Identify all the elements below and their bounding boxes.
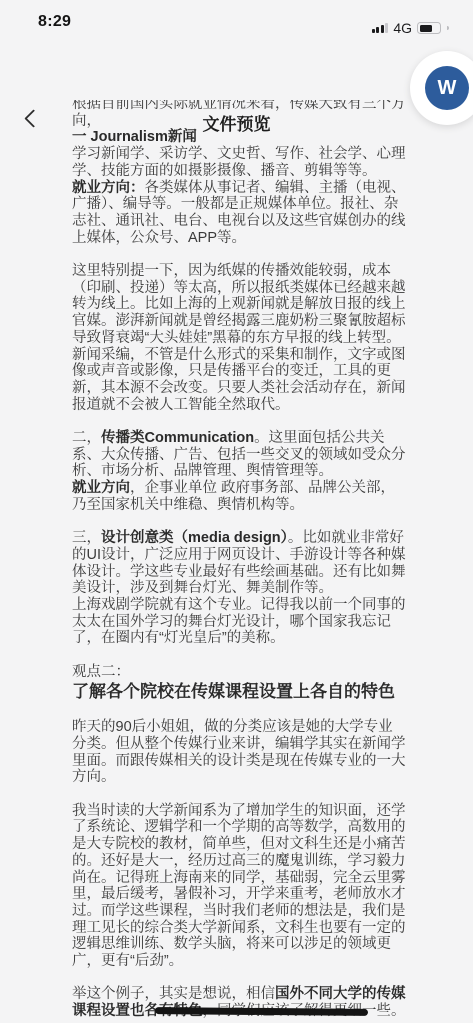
battery-fill: [420, 25, 432, 32]
document-body[interactable]: 根据目前国内实际就业情况来看，传媒大致有三个方向，一 Journalism新闻学…: [0, 0, 473, 1020]
paragraph: 昨天的90后小姐姐，做的分类应该是她的大学专业分类。但从整个传媒行业来讲，编辑学…: [72, 719, 407, 786]
text-run: 了解各个院校在传媒课程设置上各自的特色: [72, 682, 395, 701]
status-bar: 8:29 4G: [0, 0, 473, 44]
paragraph: 学习新闻学、采访学、文史哲、写作、社会学、心理学、技能方面的如摄影摄像、播音、剪…: [72, 146, 407, 179]
battery-tip: [447, 26, 449, 30]
status-time: 8:29: [38, 13, 71, 31]
status-right-cluster: 4G: [372, 20, 449, 36]
text-run: 这里特别提一下，因为纸媒的传播效能较弱，成本（印刷、投递）等太高，所以报纸类媒体…: [72, 263, 406, 413]
text-run: 三，: [72, 530, 101, 546]
paragraph: 上海戏剧学院就有这个专业。记得我以前一个同事的太太在国外学习的舞台灯光设计，哪个…: [72, 597, 407, 647]
text-run: 学习新闻学、采访学、文史哲、写作、社会学、心理学、技能方面的如摄影摄像、播音、剪…: [72, 146, 406, 179]
paragraph: 就业方向：各类媒体从事记者、编辑、主播（电视、广播）、编导等。一般都是正规媒体单…: [72, 180, 407, 247]
top-chrome: 8:29 4G 文件预览: [0, 0, 473, 100]
text-run: 就业方向：: [72, 180, 145, 196]
heading: 了解各个院校在传媒课程设置上各自的特色: [72, 681, 407, 703]
page-title: 文件预览: [0, 110, 473, 135]
signal-strength-icon: [372, 23, 389, 33]
network-type-label: 4G: [393, 20, 412, 36]
text-run: 我当时读的大学新闻系为了增加学生的知识面，还学了系统论、逻辑学和一个学期的高等数…: [72, 803, 406, 969]
paragraph: 就业方向，企事业单位 政府事务部、品牌公关部，乃至国家机关中维稳、舆情机构等。: [72, 480, 407, 513]
paragraph: 这里特别提一下，因为纸媒的传播效能较弱，成本（印刷、投递）等太高，所以报纸类媒体…: [72, 263, 407, 413]
text-run: 设计创意类（media design）: [101, 530, 288, 546]
avatar: W: [425, 66, 469, 110]
nav-bar: 文件预览: [0, 44, 473, 100]
paragraph: 三，设计创意类（media design）。比如就业非常好的UI设计，广泛应用于…: [72, 530, 407, 597]
text-run: 观点二：: [72, 664, 130, 680]
paragraph: 我当时读的大学新闻系为了增加学生的知识面，还学了系统论、逻辑学和一个学期的高等数…: [72, 803, 407, 970]
battery-icon: [417, 22, 441, 34]
file-preview-screen: 根据目前国内实际就业情况来看，传媒大致有三个方向，一 Journalism新闻学…: [0, 0, 473, 1023]
text-run: 上海戏剧学院就有这个专业。记得我以前一个同事的太太在国外学习的舞台灯光设计，哪个…: [72, 597, 406, 646]
text-run: 昨天的90后小姐姐，做的分类应该是她的大学专业分类。但从整个传媒行业来讲，编辑学…: [72, 719, 406, 785]
text-run: 就业方向: [72, 480, 130, 496]
paragraph: 观点二：: [72, 664, 407, 681]
text-run: 举这个例子，其实是想说，相信: [72, 986, 275, 1002]
paragraph: 二，传播类Communication。这里面包括公共关系、大众传播、广告、包括一…: [72, 430, 407, 480]
text-run: 二，: [72, 430, 101, 446]
text-run: 传播类Communication: [101, 430, 254, 446]
avatar-letter: W: [438, 77, 457, 100]
